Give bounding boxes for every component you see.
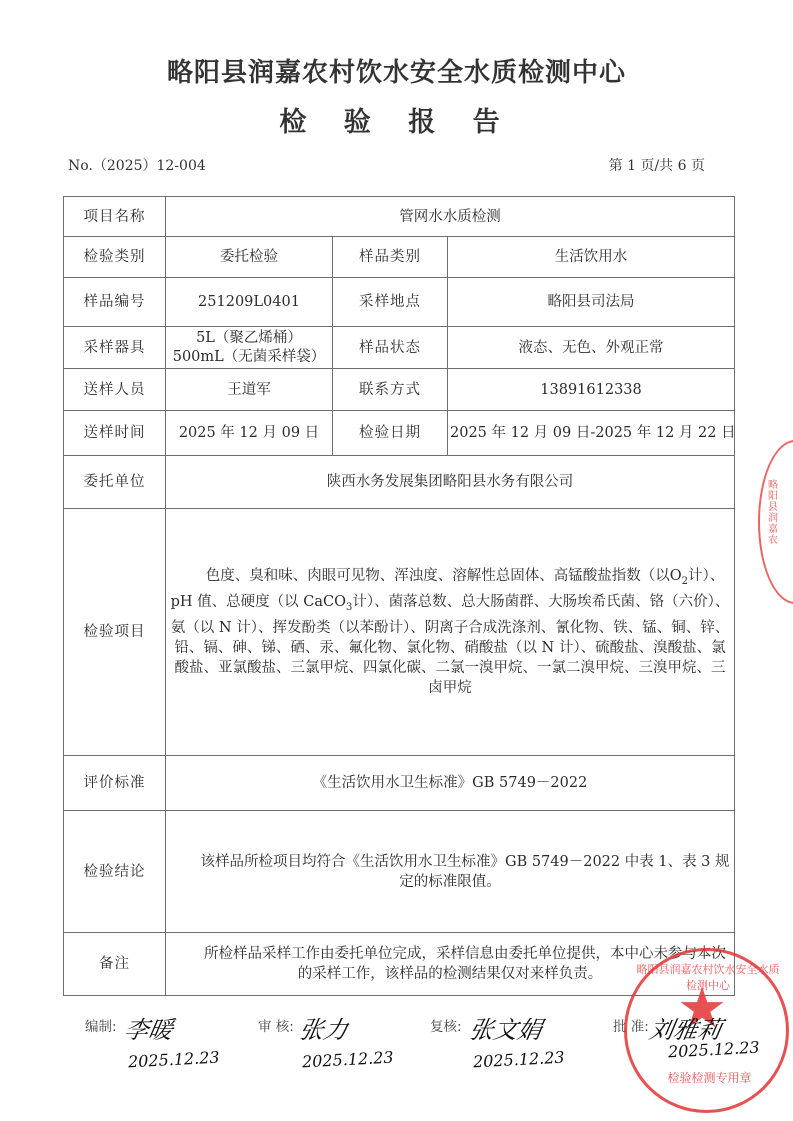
reviewed-label: 审 核: bbox=[258, 1015, 294, 1035]
row-conclusion: 检验结论 该样品所检项目均符合《生活饮用水卫生标准》GB 5749－2022 中… bbox=[64, 811, 735, 933]
sample-no-label: 样品编号 bbox=[64, 278, 166, 327]
page-info: 第 1 页/共 6 页 bbox=[609, 155, 705, 175]
sample-type-label: 样品类别 bbox=[333, 237, 448, 278]
contact-label: 联系方式 bbox=[333, 369, 448, 411]
reviewed-signature: 张力 bbox=[297, 1010, 351, 1045]
row-inspection-type: 检验类别 委托检验 样品类别 生活饮用水 bbox=[64, 237, 735, 278]
reviewed-date: 2025.12.23 bbox=[302, 1048, 394, 1072]
rechecked-signature: 张文娟 bbox=[467, 1010, 545, 1045]
rechecked-date: 2025.12.23 bbox=[473, 1048, 565, 1072]
sample-state-value: 液态、无色、外观正常 bbox=[448, 327, 735, 369]
inspection-type-label: 检验类别 bbox=[64, 237, 166, 278]
inspection-items-value: 色度、臭和味、肉眼可见物、浑浊度、溶解性总固体、高锰酸盐指数（以O2计）、pH … bbox=[166, 509, 735, 756]
sampling-site-value: 略阳县司法局 bbox=[448, 278, 735, 327]
rechecked-label: 复核: bbox=[430, 1015, 462, 1035]
sender-label: 送样人员 bbox=[64, 369, 166, 411]
org-title: 略阳县润嘉农村饮水安全水质检测中心 bbox=[0, 52, 793, 89]
row-inspection-items: 检验项目 色度、臭和味、肉眼可见物、浑浊度、溶解性总固体、高锰酸盐指数（以O2计… bbox=[64, 509, 735, 756]
sample-no-value: 251209L0401 bbox=[166, 278, 333, 327]
conclusion-text: 该样品所检项目均符合《生活饮用水卫生标准》GB 5749－2022 中表 1、表… bbox=[200, 854, 729, 890]
inspection-type-value: 委托检验 bbox=[166, 237, 333, 278]
standard-label: 评价标准 bbox=[64, 756, 166, 811]
send-time-label: 送样时间 bbox=[64, 411, 166, 456]
standard-value: 《生活饮用水卫生标准》GB 5749－2022 bbox=[166, 756, 735, 811]
sampling-site-label: 采样地点 bbox=[333, 278, 448, 327]
inspection-items-label: 检验项目 bbox=[64, 509, 166, 756]
compiled-date: 2025.12.23 bbox=[128, 1048, 220, 1072]
edge-seal-text: 略阳县润嘉农 bbox=[768, 480, 782, 546]
send-time-value: 2025 年 12 月 09 日 bbox=[166, 411, 333, 456]
row-send-time: 送样时间 2025 年 12 月 09 日 检验日期 2025 年 12 月 0… bbox=[64, 411, 735, 456]
row-sender: 送样人员 王道军 联系方式 13891612338 bbox=[64, 369, 735, 411]
project-name-value: 管网水水质检测 bbox=[166, 197, 735, 237]
sample-type-value: 生活饮用水 bbox=[448, 237, 735, 278]
sampling-equipment-value: 5L（聚乙烯桶） 500mL（无菌采样袋） bbox=[166, 327, 333, 369]
sampling-equipment-line1: 5L（聚乙烯桶） bbox=[170, 329, 328, 348]
conclusion-label: 检验结论 bbox=[64, 811, 166, 933]
report-table: 项目名称 管网水水质检测 检验类别 委托检验 样品类别 生活饮用水 样品编号 2… bbox=[63, 196, 735, 996]
row-sample-no: 样品编号 251209L0401 采样地点 略阳县司法局 bbox=[64, 278, 735, 327]
sampling-equipment-label: 采样器具 bbox=[64, 327, 166, 369]
row-sampling-equipment: 采样器具 5L（聚乙烯桶） 500mL（无菌采样袋） 样品状态 液态、无色、外观… bbox=[64, 327, 735, 369]
inspection-date-label: 检验日期 bbox=[333, 411, 448, 456]
project-name-label: 项目名称 bbox=[64, 197, 166, 237]
client-label: 委托单位 bbox=[64, 456, 166, 509]
report-number: No.（2025）12-004 bbox=[68, 155, 206, 175]
row-project-name: 项目名称 管网水水质检测 bbox=[64, 197, 735, 237]
edge-seal: 略阳县润嘉农 bbox=[758, 440, 793, 604]
conclusion-value: 该样品所检项目均符合《生活饮用水卫生标准》GB 5749－2022 中表 1、表… bbox=[166, 811, 735, 933]
remarks-label: 备注 bbox=[64, 933, 166, 996]
sampling-equipment-line2: 500mL（无菌采样袋） bbox=[170, 348, 328, 367]
contact-value: 13891612338 bbox=[448, 369, 735, 411]
compiled-signature: 李暖 bbox=[122, 1010, 176, 1045]
sample-state-label: 样品状态 bbox=[333, 327, 448, 369]
row-standard: 评价标准 《生活饮用水卫生标准》GB 5749－2022 bbox=[64, 756, 735, 811]
sender-value: 王道军 bbox=[166, 369, 333, 411]
seal-bottom-text: 检验检测专用章 bbox=[657, 1069, 762, 1086]
row-client: 委托单位 陕西水务发展集团略阳县水务有限公司 bbox=[64, 456, 735, 509]
client-value: 陕西水务发展集团略阳县水务有限公司 bbox=[166, 456, 735, 509]
doc-title: 检 验 报 告 bbox=[0, 100, 793, 139]
inspection-date-value: 2025 年 12 月 09 日-2025 年 12 月 22 日 bbox=[448, 411, 735, 456]
items-text-1: 色度、臭和味、肉眼可见物、浑浊度、溶解性总固体、高锰酸盐指数（以O bbox=[206, 568, 682, 584]
compiled-label: 编制: bbox=[85, 1015, 117, 1035]
